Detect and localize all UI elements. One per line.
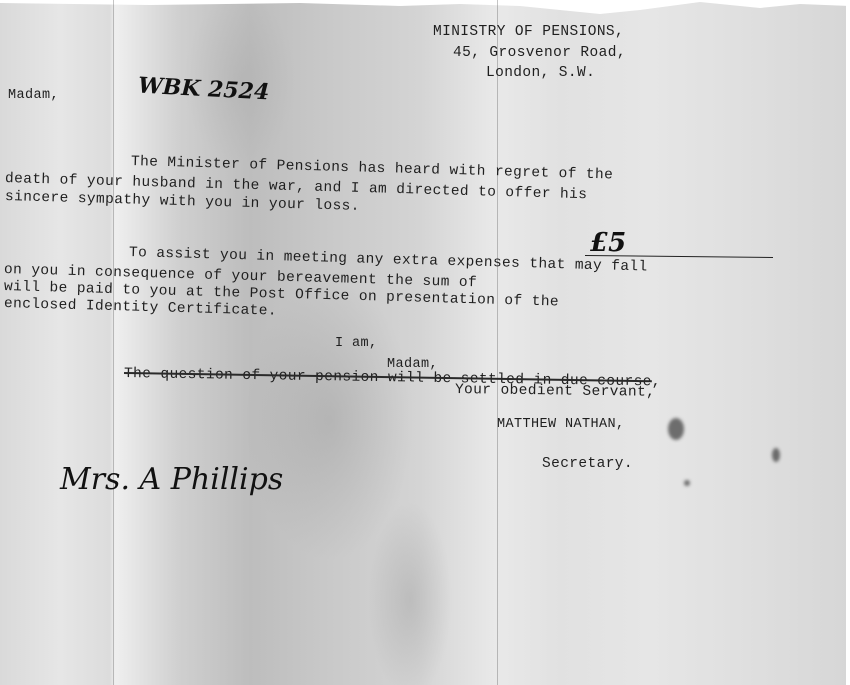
letterhead-city: London, S.W. [486,65,595,81]
handwritten-recipient-name: Mrs. A Phillips [60,462,283,497]
letterhead-ministry: MINISTRY OF PENSIONS, [433,24,624,40]
ink-smudge [772,448,780,462]
fold-crease-left [113,0,114,685]
closing-obedient-servant: Your obedient Servant, [455,382,655,401]
closing-i-am: I am, [335,336,378,352]
paper-right-edge [846,0,850,685]
ink-smudge [668,418,684,440]
signatory-name: MATTHEW NATHAN, [497,417,625,433]
signatory-title: Secretary. [542,456,633,472]
letterhead-address: 45, Grosvenor Road, [453,45,626,61]
fold-crease-center [497,0,498,685]
salutation: Madam, [8,88,59,104]
handwritten-reference: WBK 2524 [137,73,269,106]
ink-dot [684,480,690,486]
letter-paper: MINISTRY OF PENSIONS, 45, Grosvenor Road… [0,0,850,685]
closing-madam: Madam, [387,357,438,373]
torn-top-edge [0,0,850,14]
handwritten-amount: £5 [590,228,626,258]
